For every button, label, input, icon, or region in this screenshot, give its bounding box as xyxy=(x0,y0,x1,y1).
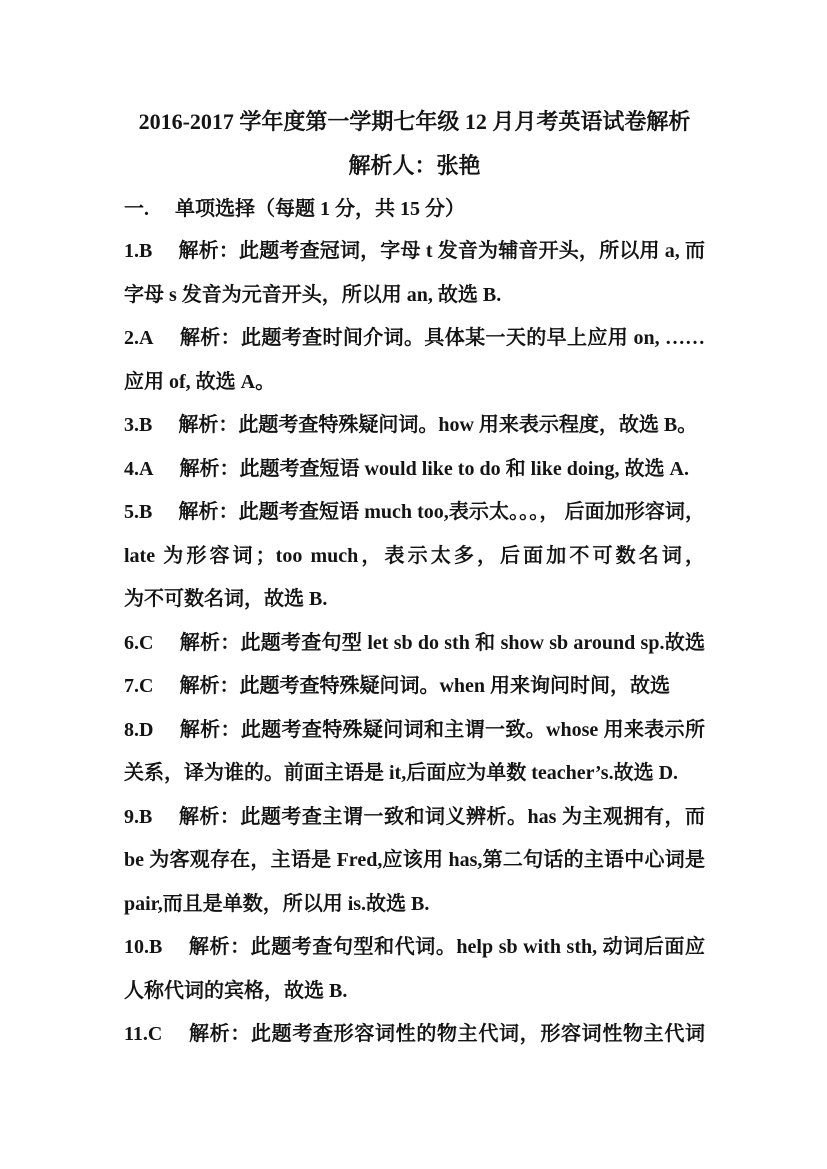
item-11-line-1: 11.C解析：此题考查形容词性的物主代词，形容词性物主代词后 xyxy=(124,1013,705,1057)
document-page: 2016-2017 学年度第一学期七年级 12 月月考英语试卷解析 解析人：张艳… xyxy=(0,0,827,1169)
item-6-line-1: 6.C解析：此题考查句型 let sb do sth 和 show sb aro… xyxy=(124,622,705,666)
item-4-line-1: 4.A解析：此题考查短语 would like to do 和 like doi… xyxy=(124,448,705,492)
item-8-line-1: 8.D解析：此题考查特殊疑问词和主谓一致。whose 用来表示所属 xyxy=(124,709,705,753)
document-title: 2016-2017 学年度第一学期七年级 12 月月考英语试卷解析 xyxy=(124,100,705,144)
item-8-line-2: 关系，译为谁的。前面主语是 it,后面应为单数 teacher’s.故选 D. xyxy=(124,752,705,796)
item-9-line-2: be 为客观存在，主语是 Fred,应该用 has,第二句话的主语中心词是 xyxy=(124,839,705,883)
item-10-line-1: 10.B解析：此题考查句型和代词。help sb with sth, 动词后面应… xyxy=(124,926,705,970)
answer-label: 1.B xyxy=(124,240,152,262)
item-5-line-3: 为不可数名词，故选 B. xyxy=(124,578,705,622)
explanation-text: 解析：此题考查主谓一致和词义辨析。has 为主观拥有，而 there xyxy=(124,806,705,840)
answer-label: 3.B xyxy=(124,414,152,436)
item-2-line-2: 应用 of, 故选 A。 xyxy=(124,361,705,405)
section-number: 一. xyxy=(124,198,149,220)
answer-label: 11.C xyxy=(124,1023,162,1045)
explanation-text: 解析：此题考查时间介词。具体某一天的早上应用 on, ……的 xyxy=(124,327,705,361)
item-1-line-2: 字母 s 发音为元音开头，所以用 an, 故选 B. xyxy=(124,274,705,318)
answer-label: 2.A xyxy=(124,327,153,349)
answer-label: 8.D xyxy=(124,719,153,741)
explanation-text: 解析：此题考查特殊疑问词。how 用来表示程度，故选 B。 xyxy=(178,414,697,436)
section-heading: 一.单项选择（每题 1 分，共 15 分） xyxy=(124,188,705,230)
answer-label: 9.B xyxy=(124,806,152,828)
explanation-text: 解析：此题考查冠词，字母 t 发音为辅音开头，所以用 a, 而 xyxy=(178,240,705,262)
answer-label: 6.C xyxy=(124,632,153,654)
item-5-line-2: late 为形容词；too much，表示太多，后面加不可数名词，homewor… xyxy=(124,535,705,579)
item-2-line-1: 2.A解析：此题考查时间介词。具体某一天的早上应用 on, ……的 xyxy=(124,317,705,361)
answer-label: 4.A xyxy=(124,458,153,480)
document-subtitle: 解析人：张艳 xyxy=(124,144,705,188)
answer-label: 10.B xyxy=(124,936,162,958)
explanation-text: 解析：此题考查句型和代词。help sb with sth, 动词后面应跟 xyxy=(124,936,705,970)
document-content: 2016-2017 学年度第一学期七年级 12 月月考英语试卷解析 解析人：张艳… xyxy=(124,100,705,1057)
section-heading-text: 单项选择（每题 1 分，共 15 分） xyxy=(175,198,465,220)
answer-label: 5.B xyxy=(124,501,152,523)
answer-label: 7.C xyxy=(124,675,153,697)
item-1-line-1: 1.B解析：此题考查冠词，字母 t 发音为辅音开头，所以用 a, 而 xyxy=(124,230,705,274)
explanation-text: 解析：此题考查特殊疑问词和主谓一致。whose 用来表示所属 xyxy=(124,719,705,753)
explanation-text: 解析：此题考查句型 let sb do sth 和 show sb around… xyxy=(124,632,705,666)
explanation-text: 解析：此题考查短语 would like to do 和 like doing,… xyxy=(179,458,689,480)
item-9-line-3: pair,而且是单数，所以用 is.故选 B. xyxy=(124,883,705,927)
item-10-line-2: 人称代词的宾格，故选 B. xyxy=(124,970,705,1014)
item-9-line-1: 9.B解析：此题考查主谓一致和词义辨析。has 为主观拥有，而 there xyxy=(124,796,705,840)
item-3-line-1: 3.B解析：此题考查特殊疑问词。how 用来表示程度，故选 B。 xyxy=(124,404,705,448)
item-7-line-1: 7.C解析：此题考查特殊疑问词。when 用来询问时间，故选 C。 xyxy=(124,665,705,709)
explanation-text: 解析：此题考查特殊疑问词。when 用来询问时间，故选 C。 xyxy=(124,675,670,709)
item-5-line-1: 5.B解析：此题考查短语 much too,表示太。。。， 后面加形容词， xyxy=(124,491,705,535)
explanation-text: 解析：此题考查短语 much too,表示太。。。， 后面加形容词， xyxy=(178,501,705,523)
explanation-text: 解析：此题考查形容词性的物主代词，形容词性物主代词后 xyxy=(124,1023,705,1057)
